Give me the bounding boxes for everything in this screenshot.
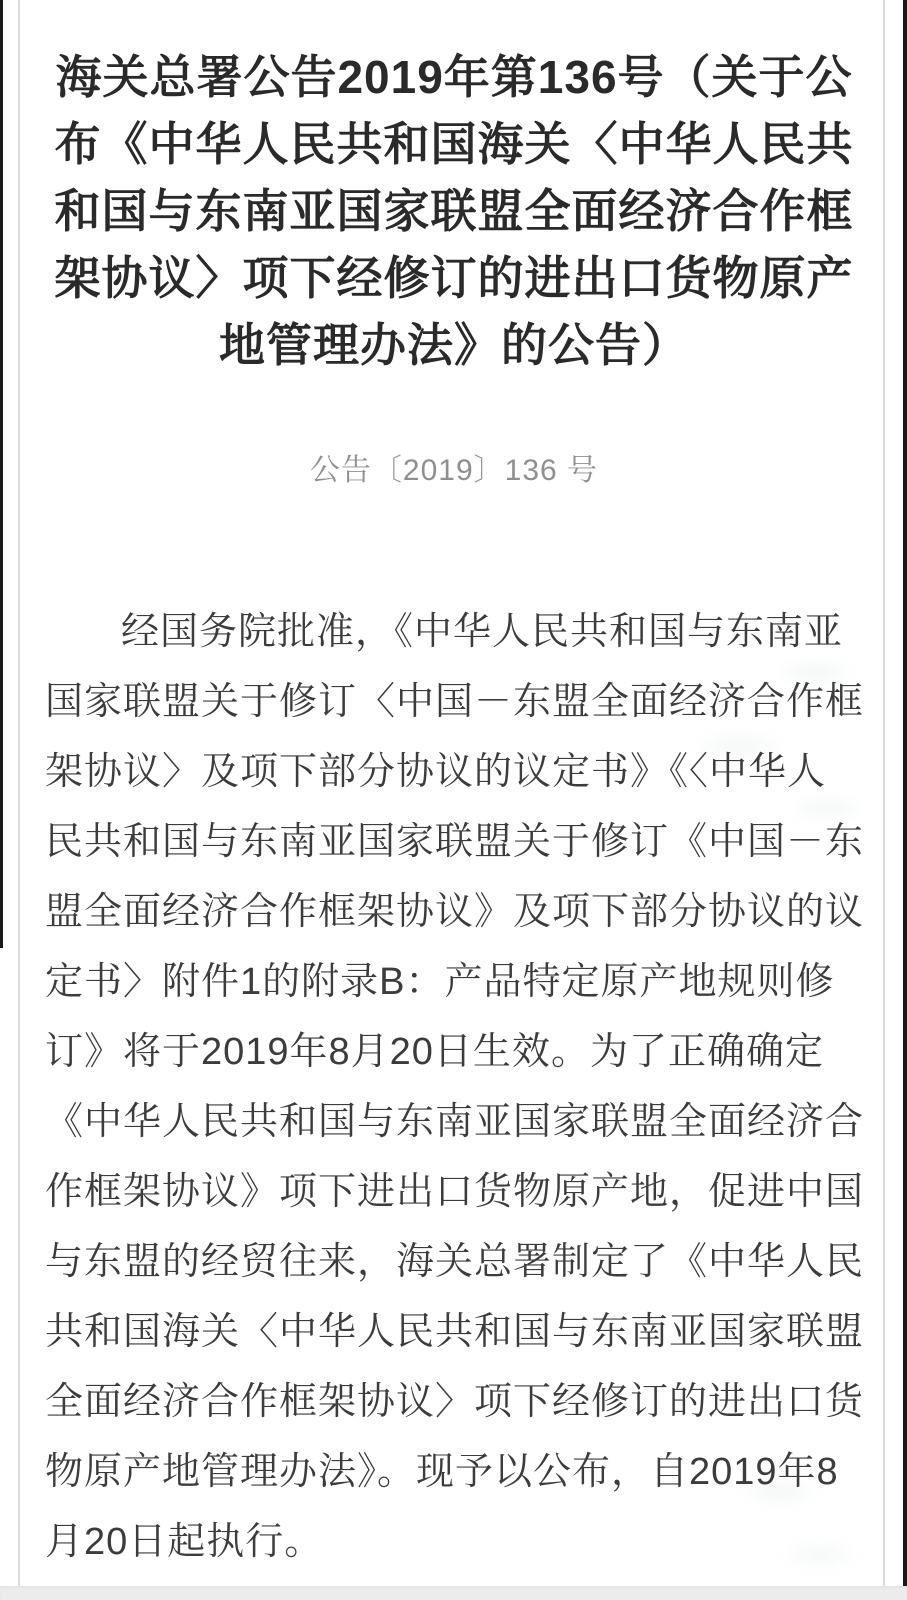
body-line: 全面经济合作框架协议〉项下经修订的进出口货 xyxy=(45,1367,863,1437)
body-line: 架协议〉及项下部分协议的议定书》《〈中华人 xyxy=(45,737,863,807)
card-border-right xyxy=(883,0,885,1586)
body-line: 订》将于2019年8月20日生效。为了正确确定 xyxy=(45,1017,863,1087)
document-body-paragraph: 经国务院批准，《中华人民共和国与东南亚 国家联盟关于修订〈中国－东盟全面经济合作… xyxy=(45,597,863,1577)
screen-edge-right xyxy=(903,0,907,1586)
body-line: 定书〉附件1的附录B：产品特定原产地规则修 xyxy=(45,947,863,1017)
title-line: 和国与东南亚国家联盟全面经济合作框 xyxy=(45,178,863,245)
page-title: 海关总署公告2019年第136号（关于公 布《中华人民共和国海关〈中华人民共 和… xyxy=(45,44,863,379)
body-line: 与东盟的经贸往来，海关总署制定了《中华人民 xyxy=(45,1227,863,1297)
screen-edge-left xyxy=(0,0,3,948)
title-line: 地管理办法》的公告） xyxy=(45,312,863,379)
body-line: 民共和国与东南亚国家联盟关于修订《中国－东 xyxy=(45,807,863,877)
body-line: 经国务院批准，《中华人民共和国与东南亚 xyxy=(45,597,863,667)
title-line: 布《中华人民共和国海关〈中华人民共 xyxy=(45,111,863,178)
card-border-left xyxy=(18,0,20,1586)
bottom-bar xyxy=(0,1586,907,1600)
announcement-page: 海关总署公告2019年第136号（关于公 布《中华人民共和国海关〈中华人民共 和… xyxy=(0,0,907,1600)
document-number: 公告〔2019〕136 号 xyxy=(45,451,863,491)
body-line: 盟全面经济合作框架协议》及项下部分协议的议 xyxy=(45,877,863,947)
body-line: 共和国海关〈中华人民共和国与东南亚国家联盟 xyxy=(45,1297,863,1367)
body-line: 作框架协议》项下进出口货物原产地，促进中国 xyxy=(45,1157,863,1227)
body-line: 月20日起执行。 xyxy=(45,1507,863,1577)
title-line: 海关总署公告2019年第136号（关于公 xyxy=(45,44,863,111)
document-content: 海关总署公告2019年第136号（关于公 布《中华人民共和国海关〈中华人民共 和… xyxy=(45,0,863,1577)
title-line: 架协议〉项下经修订的进出口货物原产 xyxy=(45,245,863,312)
body-line: 国家联盟关于修订〈中国－东盟全面经济合作框 xyxy=(45,667,863,737)
body-line: 物原产地管理办法》。现予以公布，自2019年8 xyxy=(45,1437,863,1507)
body-line: 《中华人民共和国与东南亚国家联盟全面经济合 xyxy=(45,1087,863,1157)
